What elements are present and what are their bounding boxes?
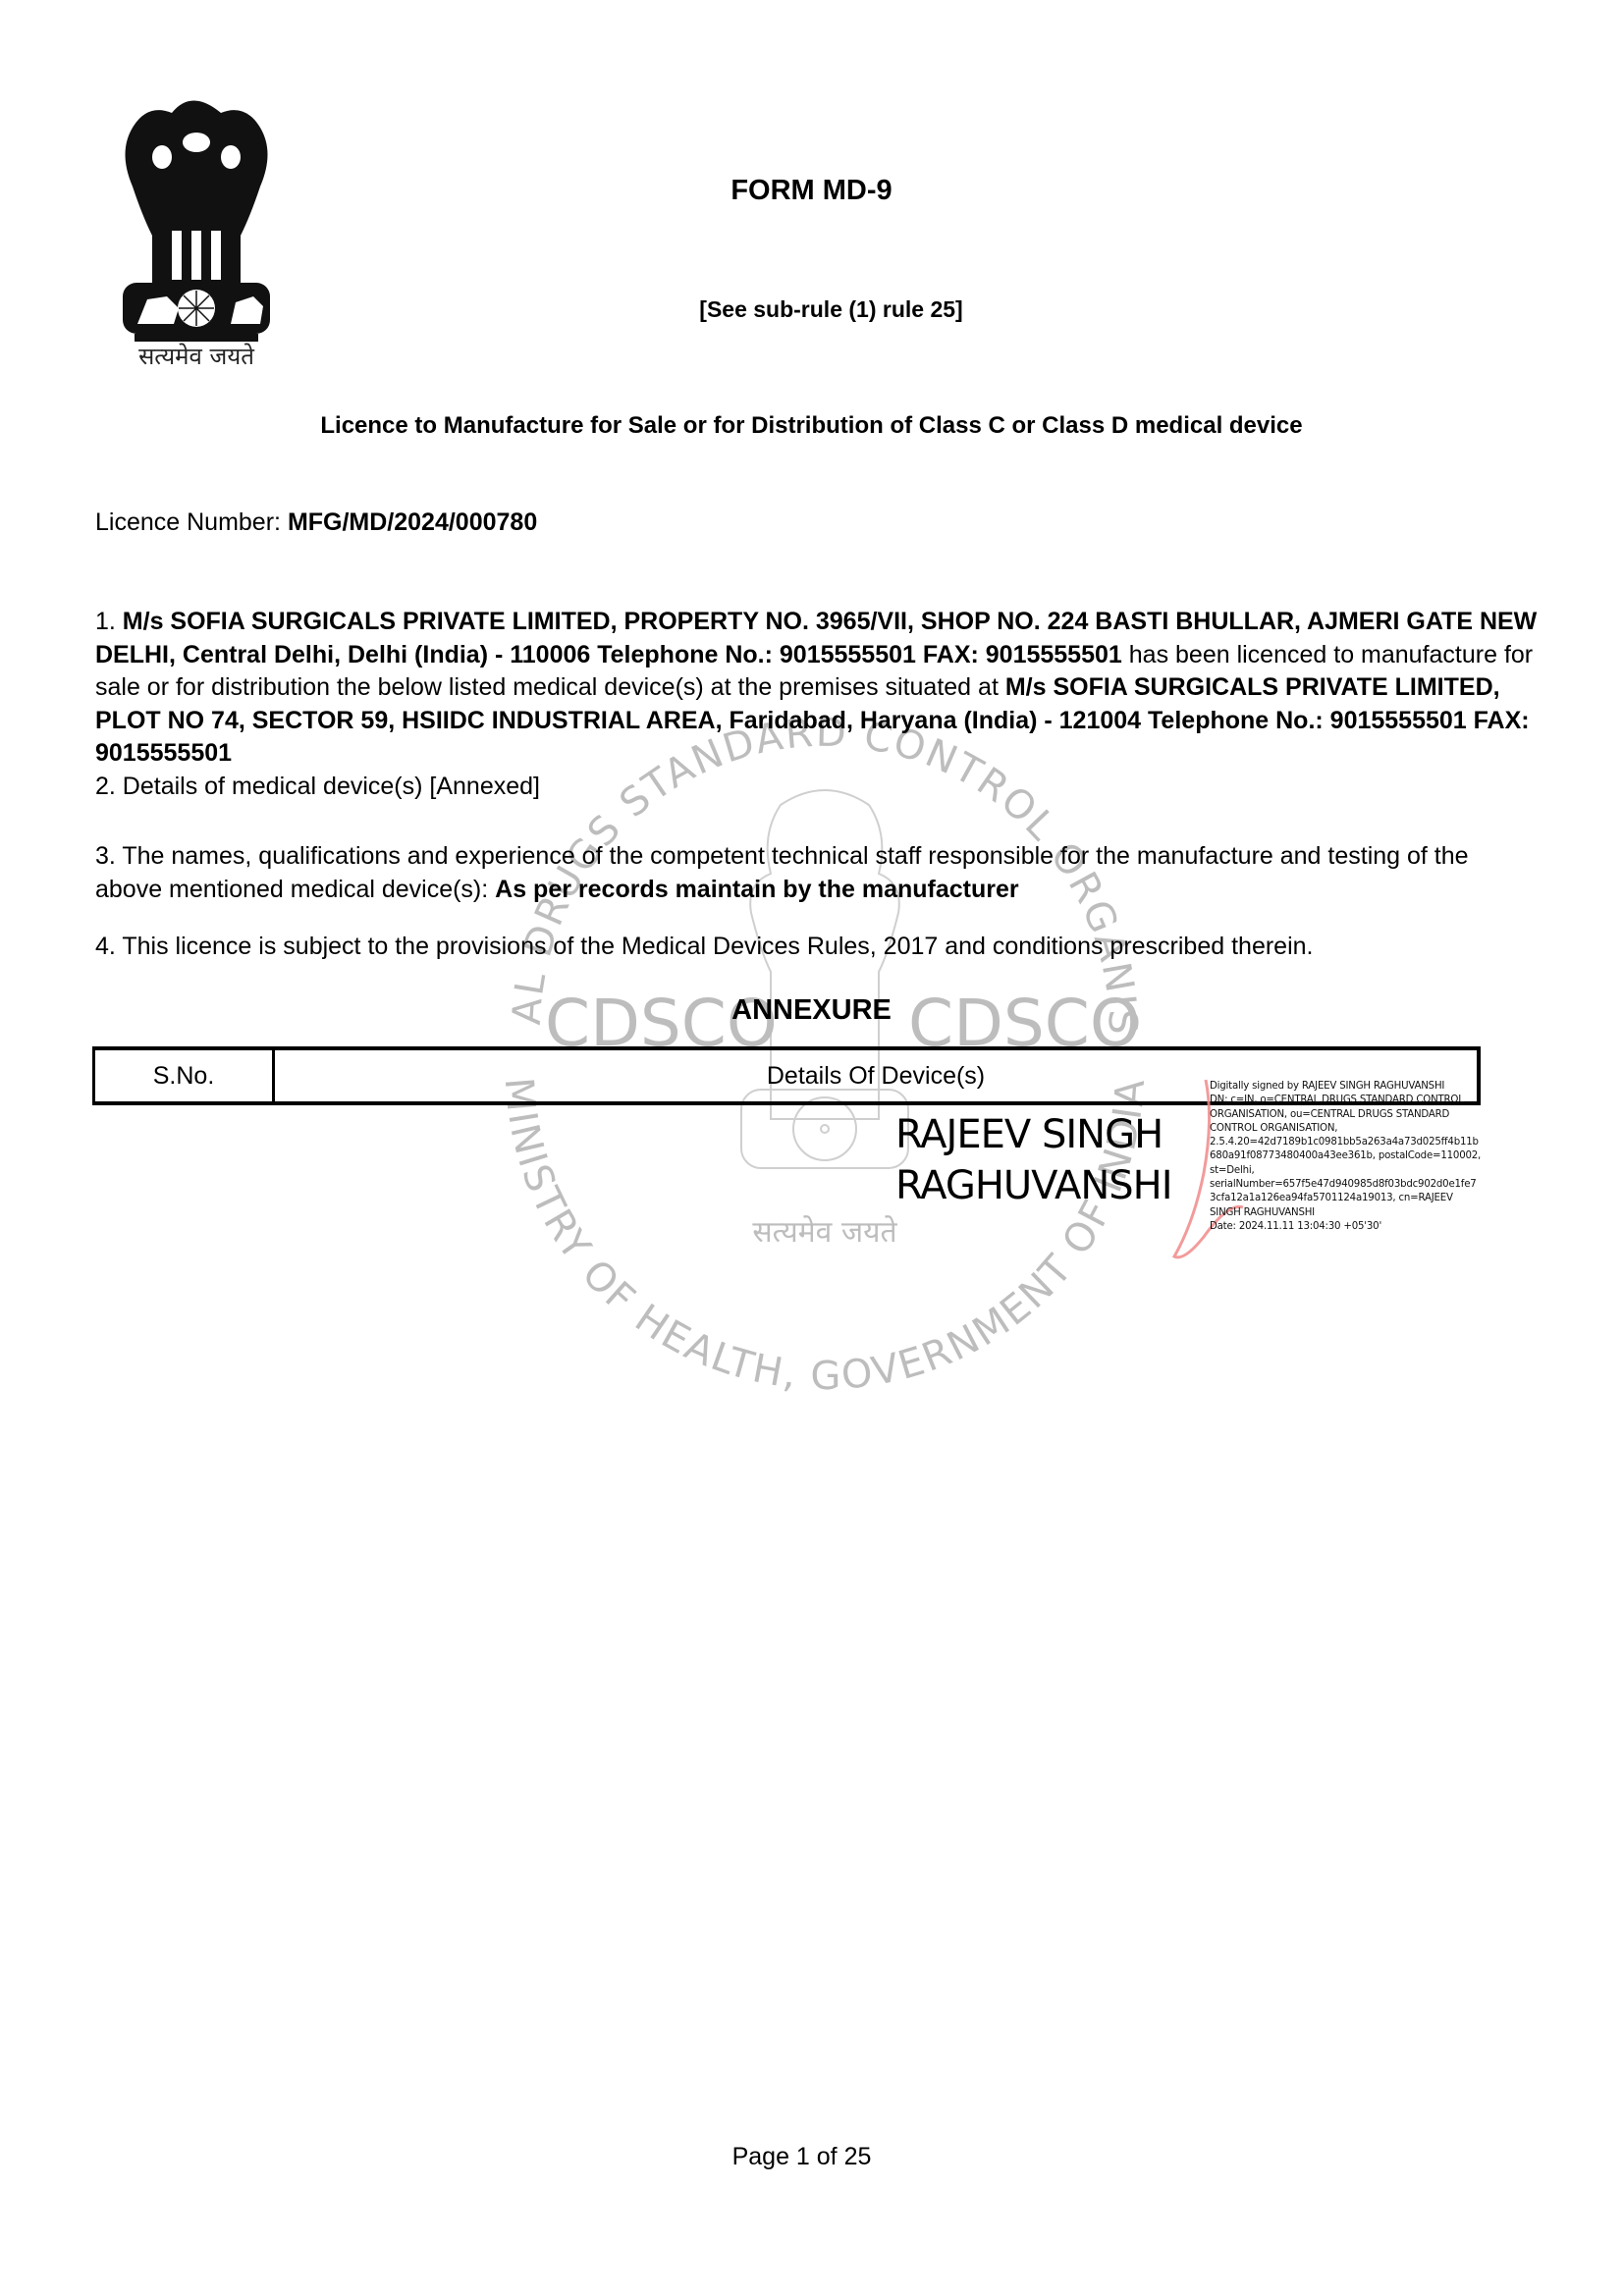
licence-heading: Licence to Manufacture for Sale or for D… bbox=[0, 412, 1623, 440]
signature-detail-line: 3cfa12a1a126ea94fa5701124a19013, cn=RAJE… bbox=[1210, 1192, 1534, 1205]
annexure-title: ANNEXURE bbox=[0, 994, 1623, 1027]
paragraph-1-licensee: 1. M/s SOFIA SURGICALS PRIVATE LIMITED, … bbox=[95, 606, 1539, 771]
licence-number-value: MFG/MD/2024/000780 bbox=[288, 508, 537, 536]
signature-detail-line: Date: 2024.11.11 13:04:30 +05'30' bbox=[1210, 1220, 1534, 1234]
signer-name-line-2: RAGHUVANSHI bbox=[895, 1160, 1172, 1211]
signature-detail-line: serialNumber=657f5e47d940985d8f03bdc902d… bbox=[1210, 1178, 1534, 1192]
emblem-motto: सत्यमेव जयते bbox=[93, 340, 299, 372]
signature-detail-line: st=Delhi, bbox=[1210, 1164, 1534, 1178]
signature-detail-line: Digitally signed by RAJEEV SINGH RAGHUVA… bbox=[1210, 1080, 1534, 1094]
signature-detail-line: 680a91f08773480400a43ee361b, postalCode=… bbox=[1210, 1149, 1534, 1163]
licence-number-label: Licence Number: bbox=[95, 508, 288, 536]
digital-signature-details: Digitally signed by RAJEEV SINGH RAGHUVA… bbox=[1210, 1080, 1534, 1234]
signature-detail-line: DN: c=IN, o=CENTRAL DRUGS STANDARD CONTR… bbox=[1210, 1094, 1534, 1107]
national-emblem-icon bbox=[93, 74, 299, 368]
form-title: FORM MD-9 bbox=[0, 175, 1623, 207]
column-header-serial-number: S.No. bbox=[95, 1050, 275, 1101]
signature-detail-line: 2.5.4.20=42d7189b1c0981bb5a263a4a73d025f… bbox=[1210, 1136, 1534, 1149]
paragraph-4-conditions: 4. This licence is subject to the provis… bbox=[95, 931, 1539, 964]
page-number: Page 1 of 25 bbox=[0, 2143, 1603, 2171]
rule-reference: [See sub-rule (1) rule 25] bbox=[0, 296, 1623, 323]
paragraph-number: 1. bbox=[95, 608, 123, 635]
signer-name: RAJEEV SINGH RAGHUVANSHI bbox=[895, 1109, 1172, 1211]
signer-name-line-1: RAJEEV SINGH bbox=[895, 1109, 1172, 1160]
signature-detail-line: ORGANISATION, ou=CENTRAL DRUGS STANDARD bbox=[1210, 1108, 1534, 1122]
signature-detail-line: SINGH RAGHUVANSHI bbox=[1210, 1206, 1534, 1220]
technical-staff-note: As per records maintain by the manufactu… bbox=[495, 876, 1018, 903]
paragraph-2-device-details: 2. Details of medical device(s) [Annexed… bbox=[95, 771, 1539, 804]
paragraph-3-technical-staff: 3. The names, qualifications and experie… bbox=[95, 840, 1539, 906]
svg-text:सत्यमेव जयते: सत्यमेव जयते bbox=[752, 1215, 897, 1250]
signature-detail-line: CONTROL ORGANISATION, bbox=[1210, 1122, 1534, 1136]
licence-number: Licence Number: MFG/MD/2024/000780 bbox=[95, 507, 1539, 540]
